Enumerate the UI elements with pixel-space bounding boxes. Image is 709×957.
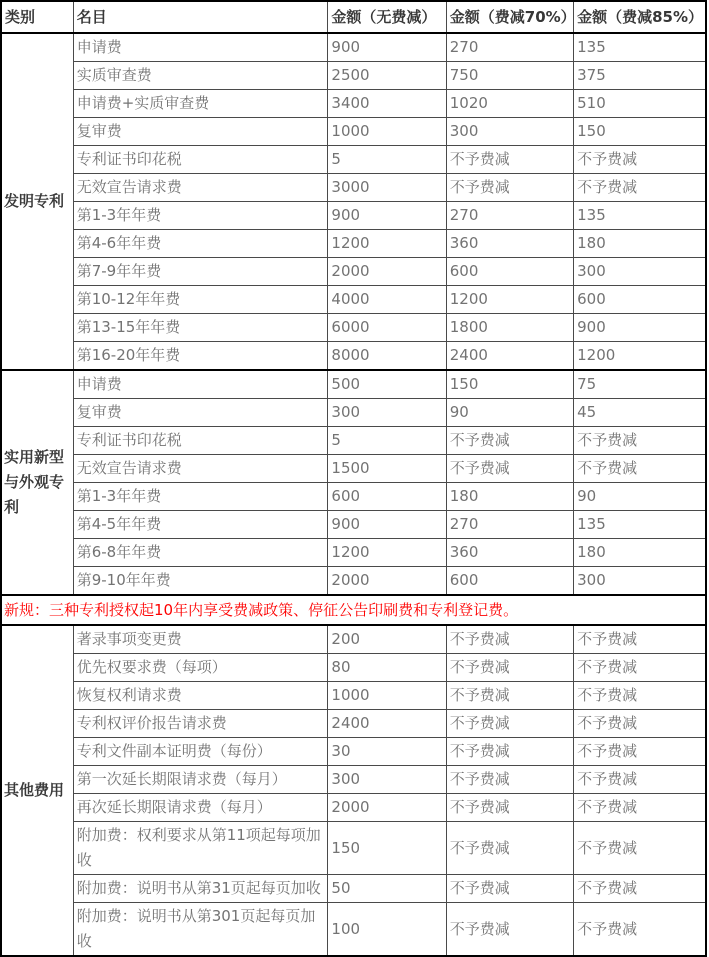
note-text: 新规：三种专利授权起10年内享受费减政策、停征公告印刷费和专利登记费。 (1, 595, 706, 625)
fee-amount-cell: 500 (328, 370, 446, 399)
fee-name-cell: 专利文件副本证明费（每份） (73, 738, 328, 766)
fee-amount-cell: 不予费减 (446, 455, 573, 483)
fee-row: 第9-10年年费2000600300 (1, 567, 706, 596)
fee-name-cell: 第7-9年年费 (73, 258, 328, 286)
category-cell: 实用新型与外观专利 (1, 370, 73, 595)
fee-amount-cell: 不予费减 (574, 738, 706, 766)
fee-amount-cell: 600 (574, 286, 706, 314)
fee-amount-cell: 300 (446, 118, 573, 146)
fee-amount-cell: 900 (328, 202, 446, 230)
fee-amount-cell: 不予费减 (446, 875, 573, 903)
fee-row: 专利证书印花税5不予费减不予费减 (1, 146, 706, 174)
fee-amount-cell: 不予费减 (446, 174, 573, 202)
fee-amount-cell: 510 (574, 90, 706, 118)
fee-amount-cell: 600 (328, 483, 446, 511)
fee-amount-cell: 3400 (328, 90, 446, 118)
fee-name-cell: 无效宣告请求费 (73, 174, 328, 202)
header-category: 类别 (1, 1, 73, 33)
fee-row: 第6-8年年费1200360180 (1, 539, 706, 567)
fee-name-cell: 复审费 (73, 118, 328, 146)
fee-row: 复审费1000300150 (1, 118, 706, 146)
fee-row: 申请费+实质审查费34001020510 (1, 90, 706, 118)
fee-amount-cell: 270 (446, 202, 573, 230)
fee-row: 专利文件副本证明费（每份）30不予费减不予费减 (1, 738, 706, 766)
fee-row: 复审费3009045 (1, 399, 706, 427)
fee-amount-cell: 不予费减 (574, 427, 706, 455)
fee-amount-cell: 2400 (328, 710, 446, 738)
fee-name-cell: 恢复权利请求费 (73, 682, 328, 710)
fee-amount-cell: 2500 (328, 62, 446, 90)
fee-amount-cell: 2000 (328, 567, 446, 596)
fee-amount-cell: 180 (574, 539, 706, 567)
fee-amount-cell: 2000 (328, 258, 446, 286)
fee-name-cell: 第4-5年年费 (73, 511, 328, 539)
fee-amount-cell: 不予费减 (574, 146, 706, 174)
fee-name-cell: 优先权要求费（每项） (73, 654, 328, 682)
header-amount-70: 金额（费减70%） (446, 1, 573, 33)
fee-name-cell: 复审费 (73, 399, 328, 427)
fee-amount-cell: 1800 (446, 314, 573, 342)
fee-amount-cell: 270 (446, 33, 573, 62)
fee-amount-cell: 80 (328, 654, 446, 682)
fee-amount-cell: 200 (328, 625, 446, 654)
fee-row: 第一次延长期限请求费（每月）300不予费减不予费减 (1, 766, 706, 794)
fee-amount-cell: 不予费减 (446, 654, 573, 682)
fee-amount-cell: 不予费减 (574, 455, 706, 483)
note-row: 新规：三种专利授权起10年内享受费减政策、停征公告印刷费和专利登记费。 (1, 595, 706, 625)
fee-amount-cell: 不予费减 (446, 766, 573, 794)
fee-amount-cell: 75 (574, 370, 706, 399)
category-cell: 发明专利 (1, 33, 73, 370)
fee-amount-cell: 不予费减 (574, 625, 706, 654)
category-cell: 其他费用 (1, 625, 73, 956)
fee-row: 发明专利申请费900270135 (1, 33, 706, 62)
fee-amount-cell: 135 (574, 33, 706, 62)
fee-amount-cell: 不予费减 (574, 794, 706, 822)
fee-amount-cell: 不予费减 (574, 174, 706, 202)
fee-name-cell: 专利证书印花税 (73, 427, 328, 455)
fee-amount-cell: 2400 (446, 342, 573, 371)
fee-name-cell: 第4-6年年费 (73, 230, 328, 258)
fee-row: 优先权要求费（每项）80不予费减不予费减 (1, 654, 706, 682)
fee-amount-cell: 900 (328, 33, 446, 62)
fee-amount-cell: 360 (446, 539, 573, 567)
fee-amount-cell: 1020 (446, 90, 573, 118)
fee-amount-cell: 30 (328, 738, 446, 766)
fee-amount-cell: 180 (446, 483, 573, 511)
fee-amount-cell: 1500 (328, 455, 446, 483)
fee-amount-cell: 100 (328, 903, 446, 957)
fee-name-cell: 申请费 (73, 370, 328, 399)
fee-row: 专利证书印花税5不予费减不予费减 (1, 427, 706, 455)
fee-amount-cell: 90 (446, 399, 573, 427)
fee-amount-cell: 5 (328, 146, 446, 174)
fee-amount-cell: 1200 (328, 230, 446, 258)
fee-name-cell: 再次延长期限请求费（每月） (73, 794, 328, 822)
fee-name-cell: 附加费：权利要求从第11项起每项加收 (73, 822, 328, 875)
fee-name-cell: 专利证书印花税 (73, 146, 328, 174)
fee-name-cell: 著录事项变更费 (73, 625, 328, 654)
fee-name-cell: 第6-8年年费 (73, 539, 328, 567)
fee-name-cell: 第1-3年年费 (73, 202, 328, 230)
fee-amount-cell: 375 (574, 62, 706, 90)
header-row: 类别 名目 金额（无费减） 金额（费减70%） 金额（费减85%） (1, 1, 706, 33)
fee-name-cell: 第一次延长期限请求费（每月） (73, 766, 328, 794)
fee-row: 附加费：说明书从第301页起每页加收100不予费减不予费减 (1, 903, 706, 957)
fee-amount-cell: 不予费减 (574, 822, 706, 875)
fee-amount-cell: 1000 (328, 118, 446, 146)
fee-name-cell: 附加费：说明书从第301页起每页加收 (73, 903, 328, 957)
fee-row: 附加费：说明书从第31页起每页加收50不予费减不予费减 (1, 875, 706, 903)
fee-amount-cell: 不予费减 (574, 766, 706, 794)
fee-amount-cell: 300 (328, 399, 446, 427)
fee-amount-cell: 1000 (328, 682, 446, 710)
fee-amount-cell: 600 (446, 258, 573, 286)
fee-amount-cell: 1200 (446, 286, 573, 314)
fee-row: 第1-3年年费900270135 (1, 202, 706, 230)
fee-amount-cell: 4000 (328, 286, 446, 314)
fee-amount-cell: 1200 (328, 539, 446, 567)
fee-name-cell: 第1-3年年费 (73, 483, 328, 511)
fee-amount-cell: 不予费减 (446, 682, 573, 710)
fee-amount-cell: 600 (446, 567, 573, 596)
fee-row: 无效宣告请求费3000不予费减不予费减 (1, 174, 706, 202)
fee-name-cell: 第16-20年年费 (73, 342, 328, 371)
fee-amount-cell: 1200 (574, 342, 706, 371)
patent-fee-table: 类别 名目 金额（无费减） 金额（费减70%） 金额（费减85%） 发明专利申请… (0, 0, 707, 957)
fee-row: 第7-9年年费2000600300 (1, 258, 706, 286)
fee-amount-cell: 900 (574, 314, 706, 342)
fee-amount-cell: 270 (446, 511, 573, 539)
fee-name-cell: 第9-10年年费 (73, 567, 328, 596)
header-amount-85: 金额（费减85%） (574, 1, 706, 33)
fee-amount-cell: 300 (328, 766, 446, 794)
fee-name-cell: 无效宣告请求费 (73, 455, 328, 483)
fee-row: 实用新型与外观专利申请费50015075 (1, 370, 706, 399)
fee-amount-cell: 2000 (328, 794, 446, 822)
fee-amount-cell: 不予费减 (446, 903, 573, 957)
fee-amount-cell: 150 (574, 118, 706, 146)
header-amount-full: 金额（无费减） (328, 1, 446, 33)
fee-row: 恢复权利请求费1000不予费减不予费减 (1, 682, 706, 710)
fee-amount-cell: 不予费减 (574, 903, 706, 957)
fee-amount-cell: 360 (446, 230, 573, 258)
fee-amount-cell: 45 (574, 399, 706, 427)
fee-amount-cell: 300 (574, 567, 706, 596)
fee-name-cell: 第13-15年年费 (73, 314, 328, 342)
fee-amount-cell: 5 (328, 427, 446, 455)
fee-name-cell: 第10-12年年费 (73, 286, 328, 314)
fee-row: 第10-12年年费40001200600 (1, 286, 706, 314)
fee-amount-cell: 不予费减 (446, 738, 573, 766)
patent-fee-page: 类别 名目 金额（无费减） 金额（费减70%） 金额（费减85%） 发明专利申请… (0, 0, 709, 957)
fee-name-cell: 实质审查费 (73, 62, 328, 90)
fee-row: 无效宣告请求费1500不予费减不予费减 (1, 455, 706, 483)
fee-amount-cell: 3000 (328, 174, 446, 202)
fee-row: 第4-5年年费900270135 (1, 511, 706, 539)
fee-amount-cell: 不予费减 (574, 682, 706, 710)
fee-amount-cell: 135 (574, 511, 706, 539)
fee-row: 专利权评价报告请求费2400不予费减不予费减 (1, 710, 706, 738)
fee-name-cell: 申请费+实质审查费 (73, 90, 328, 118)
fee-amount-cell: 900 (328, 511, 446, 539)
fee-name-cell: 专利权评价报告请求费 (73, 710, 328, 738)
fee-amount-cell: 不予费减 (574, 654, 706, 682)
fee-amount-cell: 8000 (328, 342, 446, 371)
fee-amount-cell: 不予费减 (574, 710, 706, 738)
fee-row: 实质审查费2500750375 (1, 62, 706, 90)
header-item-name: 名目 (73, 1, 328, 33)
fee-amount-cell: 不予费减 (446, 794, 573, 822)
fee-amount-cell: 6000 (328, 314, 446, 342)
fee-name-cell: 附加费：说明书从第31页起每页加收 (73, 875, 328, 903)
fee-amount-cell: 不予费减 (446, 427, 573, 455)
fee-row: 第4-6年年费1200360180 (1, 230, 706, 258)
fee-row: 第16-20年年费800024001200 (1, 342, 706, 371)
fee-amount-cell: 不予费减 (446, 146, 573, 174)
fee-amount-cell: 300 (574, 258, 706, 286)
fee-amount-cell: 150 (328, 822, 446, 875)
fee-amount-cell: 150 (446, 370, 573, 399)
fee-row: 再次延长期限请求费（每月）2000不予费减不予费减 (1, 794, 706, 822)
fee-amount-cell: 不予费减 (446, 625, 573, 654)
fee-amount-cell: 135 (574, 202, 706, 230)
fee-amount-cell: 不予费减 (574, 875, 706, 903)
fee-amount-cell: 50 (328, 875, 446, 903)
fee-row: 附加费：权利要求从第11项起每项加收150不予费减不予费减 (1, 822, 706, 875)
fee-row: 第1-3年年费60018090 (1, 483, 706, 511)
fee-table-body: 发明专利申请费900270135实质审查费2500750375申请费+实质审查费… (1, 33, 706, 956)
fee-amount-cell: 不予费减 (446, 822, 573, 875)
fee-row: 第13-15年年费60001800900 (1, 314, 706, 342)
fee-amount-cell: 750 (446, 62, 573, 90)
fee-row: 其他费用著录事项变更费200不予费减不予费减 (1, 625, 706, 654)
fee-name-cell: 申请费 (73, 33, 328, 62)
fee-amount-cell: 90 (574, 483, 706, 511)
fee-amount-cell: 不予费减 (446, 710, 573, 738)
fee-amount-cell: 180 (574, 230, 706, 258)
